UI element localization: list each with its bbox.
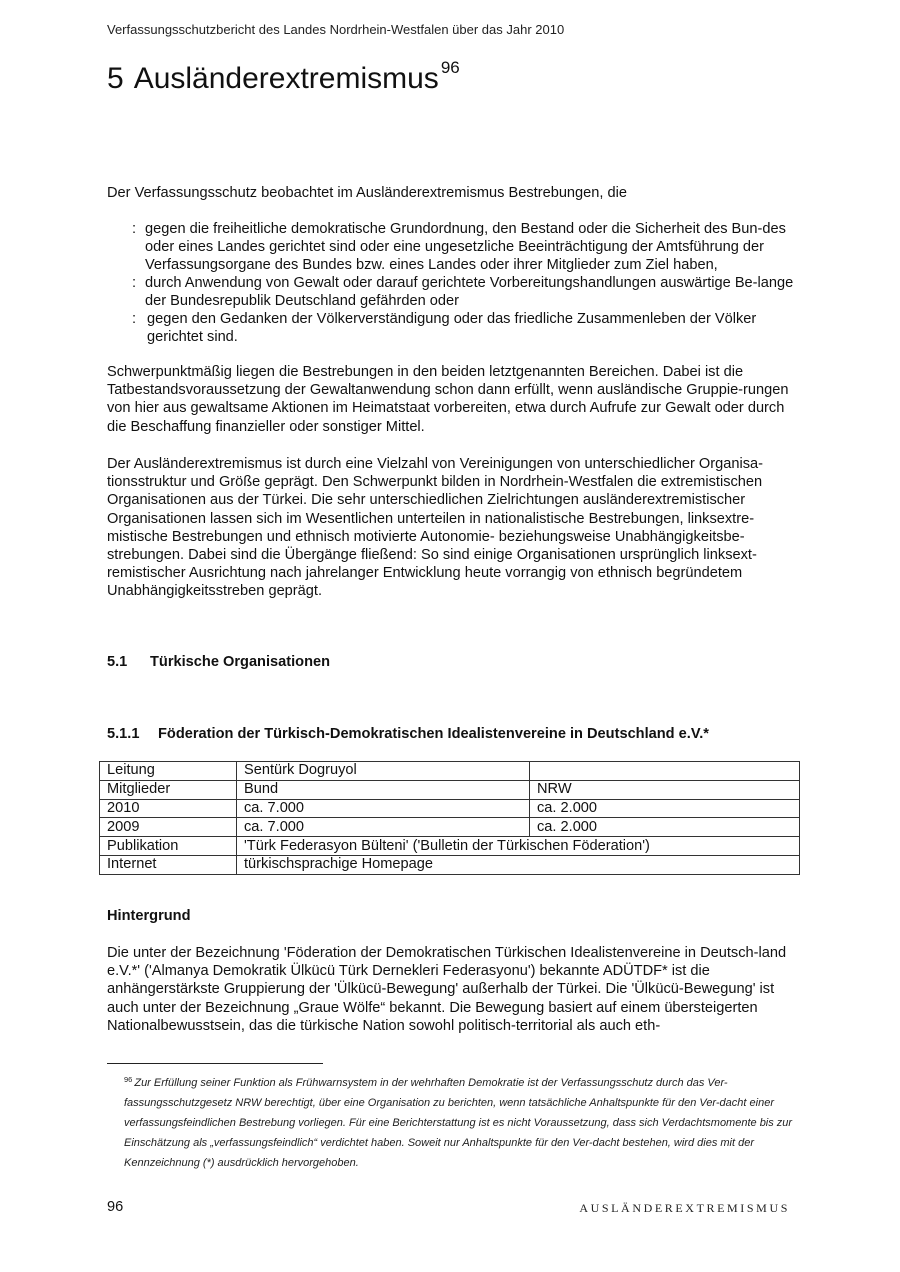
row-label: Internet bbox=[100, 855, 237, 874]
row-label: 2009 bbox=[100, 818, 237, 837]
list-item: : gegen den Gedanken der Völkerverständi… bbox=[107, 310, 797, 346]
table-row: 2009 ca. 7.000 ca. 2.000 bbox=[100, 818, 800, 837]
cell-value bbox=[530, 762, 800, 781]
footnote-text: Zur Erfüllung seiner Funktion als Frühwa… bbox=[124, 1077, 792, 1169]
organisation-info-table: Leitung Sentürk Dogruyol Mitglieder Bund… bbox=[99, 761, 800, 875]
colon-bullet-marker: : bbox=[132, 310, 136, 328]
section-number: 5.1.1 bbox=[107, 726, 158, 742]
section-number: 5.1 bbox=[107, 654, 150, 670]
running-footer: AUSLÄNDEREXTREMISMUS bbox=[579, 1201, 790, 1216]
footnote-separator bbox=[107, 1063, 323, 1064]
cell-value: ca. 7.000 bbox=[237, 818, 530, 837]
cell-value: türkischsprachige Homepage bbox=[237, 855, 800, 874]
paragraph-focus: Schwerpunktmäßig liegen die Bestrebungen… bbox=[107, 363, 795, 436]
list-item-text: durch Anwendung von Gewalt oder darauf g… bbox=[145, 275, 793, 309]
colon-bullet-marker: : bbox=[132, 274, 136, 292]
section-heading-5-1-1: 5.1.1Föderation der Türkisch-Demokratisc… bbox=[107, 726, 709, 742]
row-label: Mitglieder bbox=[100, 780, 237, 799]
row-label: Publikation bbox=[100, 837, 237, 856]
colon-bullet-marker: : bbox=[132, 220, 136, 238]
page-number: 96 bbox=[107, 1199, 123, 1215]
list-item: : durch Anwendung von Gewalt oder darauf… bbox=[107, 274, 797, 310]
table-row: Publikation 'Türk Federasyon Bülteni' ('… bbox=[100, 837, 800, 856]
footnote: 96Zur Erfüllung seiner Funktion als Früh… bbox=[124, 1073, 796, 1173]
footnote-number: 96 bbox=[124, 1075, 132, 1084]
subheading-background: Hintergrund bbox=[107, 908, 191, 924]
table-row: Leitung Sentürk Dogruyol bbox=[100, 762, 800, 781]
table-row: Internet türkischsprachige Homepage bbox=[100, 855, 800, 874]
section-heading-5-1: 5.1Türkische Organisationen bbox=[107, 654, 330, 670]
cell-value: Sentürk Dogruyol bbox=[237, 762, 530, 781]
row-label: Leitung bbox=[100, 762, 237, 781]
footnote-reference[interactable]: 96 bbox=[441, 58, 460, 77]
list-item-text: gegen den Gedanken der Völkerverständigu… bbox=[147, 311, 756, 345]
section-title: Türkische Organisationen bbox=[150, 654, 330, 670]
chapter-title-text: Ausländerextremismus bbox=[134, 62, 439, 95]
cell-value: ca. 2.000 bbox=[530, 799, 800, 818]
intro-paragraph: Der Verfassungsschutz beobachtet im Ausl… bbox=[107, 184, 795, 202]
list-item: : gegen die freiheitliche demokratische … bbox=[107, 220, 797, 274]
bullet-list: : gegen die freiheitliche demokratische … bbox=[107, 220, 797, 346]
row-label: 2010 bbox=[100, 799, 237, 818]
running-header: Verfassungsschutzbericht des Landes Nord… bbox=[107, 22, 564, 37]
cell-value: 'Türk Federasyon Bülteni' ('Bulletin der… bbox=[237, 837, 800, 856]
cell-value: Bund bbox=[237, 780, 530, 799]
table-row: Mitglieder Bund NRW bbox=[100, 780, 800, 799]
section-title: Föderation der Türkisch-Demokratischen I… bbox=[158, 726, 709, 742]
paragraph-organisations: Der Ausländerextremismus ist durch eine … bbox=[107, 455, 795, 601]
list-item-text: gegen die freiheitliche demokratische Gr… bbox=[145, 221, 786, 273]
cell-value: ca. 7.000 bbox=[237, 799, 530, 818]
chapter-title: 5Ausländerextremismus96 bbox=[107, 62, 460, 96]
paragraph-background: Die unter der Bezeichnung 'Föderation de… bbox=[107, 944, 795, 1035]
chapter-number: 5 bbox=[107, 62, 124, 95]
cell-value: NRW bbox=[530, 780, 800, 799]
table-row: 2010 ca. 7.000 ca. 2.000 bbox=[100, 799, 800, 818]
cell-value: ca. 2.000 bbox=[530, 818, 800, 837]
